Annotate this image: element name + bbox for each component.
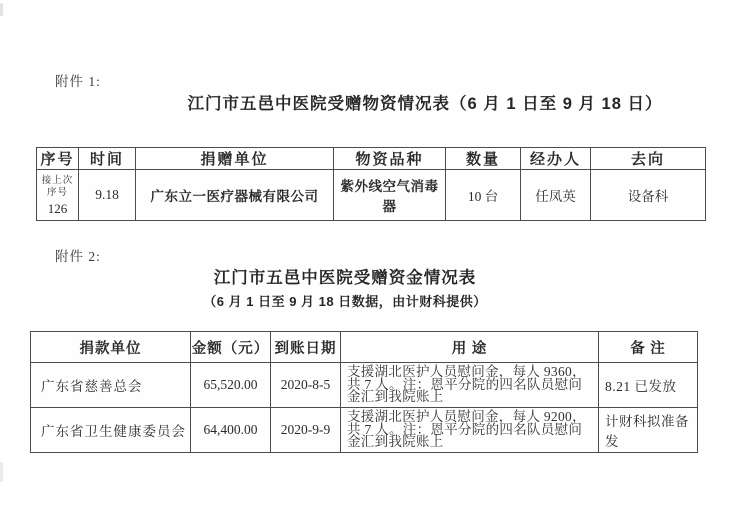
goods-cell-time: 9.18 — [79, 170, 136, 221]
funds-table-row: 广东省卫生健康委员会 64,400.00 2020-9-9 支援湖北医护人员慰问… — [31, 408, 698, 453]
funds-cell-amount: 64,400.00 — [191, 408, 271, 453]
attachment-1-label: 附件 1: — [55, 70, 101, 90]
seq-number: 126 — [37, 201, 78, 217]
goods-cell-handler: 任凤英 — [521, 170, 591, 221]
funds-table-header-row: 捐款单位 金额（元） 到账日期 用 途 备 注 — [31, 332, 698, 363]
funds-table-subtitle: （6 月 1 日至 9 月 18 日数据，由计财科提供） — [20, 291, 670, 310]
funds-table-title: 江门市五邑中医院受赠资金情况表 — [20, 264, 670, 288]
goods-table-header-row: 序号 时间 捐赠单位 物资品种 数量 经办人 去向 — [37, 148, 706, 170]
goods-header-item: 物资品种 — [334, 148, 446, 170]
goods-header-donor: 捐赠单位 — [136, 148, 334, 170]
goods-table-title: 江门市五邑中医院受赠物资情况表（6 月 1 日至 9 月 18 日） — [140, 90, 710, 114]
donated-funds-table: 捐款单位 金额（元） 到账日期 用 途 备 注 广东省慈善总会 65,520.0… — [30, 331, 698, 453]
scan-edge-artifact — [0, 462, 3, 482]
funds-cell-donor: 广东省卫生健康委员会 — [31, 408, 191, 453]
goods-header-handler: 经办人 — [521, 148, 591, 170]
goods-cell-item: 紫外线空气消毒器 — [334, 170, 446, 221]
donated-goods-table: 序号 时间 捐赠单位 物资品种 数量 经办人 去向 接上次 序号 126 9.1… — [36, 147, 706, 221]
funds-cell-purpose: 支援湖北医护人员慰问金，每人 9360，共 7 人。注：恩平分院的四名队员慰问金… — [341, 363, 599, 408]
goods-header-destination: 去向 — [591, 148, 706, 170]
goods-cell-donor: 广东立一医疗器械有限公司 — [136, 170, 334, 221]
funds-header-amount: 金额（元） — [191, 332, 271, 363]
seq-prefix-line1: 接上次 — [37, 175, 78, 187]
goods-cell-quantity: 10 台 — [446, 170, 521, 221]
goods-header-time: 时间 — [79, 148, 136, 170]
attachment-2-label: 附件 2: — [55, 245, 101, 265]
funds-cell-donor: 广东省慈善总会 — [31, 363, 191, 408]
seq-prefix-line2: 序号 — [37, 187, 78, 199]
funds-cell-date: 2020-9-9 — [271, 408, 341, 453]
goods-cell-seq: 接上次 序号 126 — [37, 170, 79, 221]
funds-cell-note: 8.21 已发放 — [599, 363, 698, 408]
funds-cell-amount: 65,520.00 — [191, 363, 271, 408]
funds-header-purpose: 用 途 — [341, 332, 599, 363]
scan-edge-artifact — [0, 3, 3, 16]
funds-header-date: 到账日期 — [271, 332, 341, 363]
funds-header-note: 备 注 — [599, 332, 698, 363]
goods-cell-destination: 设备科 — [591, 170, 706, 221]
funds-cell-purpose: 支援湖北医护人员慰问金，每人 9200，共 7 人。注：恩平分院的四名队员慰问金… — [341, 408, 599, 453]
funds-table-row: 广东省慈善总会 65,520.00 2020-8-5 支援湖北医护人员慰问金，每… — [31, 363, 698, 408]
funds-header-donor: 捐款单位 — [31, 332, 191, 363]
goods-table-row: 接上次 序号 126 9.18 广东立一医疗器械有限公司 紫外线空气消毒器 10… — [37, 170, 706, 221]
scanned-document-page: 附件 1: 江门市五邑中医院受赠物资情况表（6 月 1 日至 9 月 18 日）… — [0, 0, 733, 510]
goods-header-quantity: 数量 — [446, 148, 521, 170]
goods-header-seq: 序号 — [37, 148, 79, 170]
funds-cell-note: 计财科拟准备发 — [599, 408, 698, 453]
funds-cell-date: 2020-8-5 — [271, 363, 341, 408]
